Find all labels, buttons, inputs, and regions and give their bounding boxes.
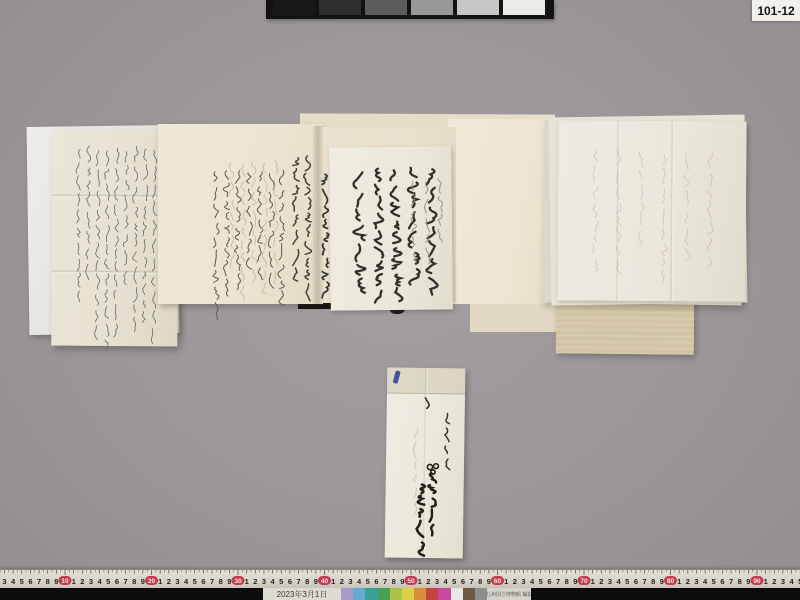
ruler-unit-number: 5	[366, 577, 370, 586]
ruler-unit-number: 3	[175, 577, 179, 586]
ruler-unit-number: 4	[444, 577, 449, 586]
ruler-unit-number: 6	[547, 577, 551, 586]
ruler-unit-number: 1	[158, 577, 162, 586]
measuring-tape: 2345678910123456789201234567893012345678…	[0, 569, 800, 588]
ruler-unit-number: 2	[772, 577, 776, 586]
ruler-unit-number: 5	[279, 577, 283, 586]
ruler-ten-number: 60	[494, 578, 502, 585]
ruler-unit-number: 5	[625, 577, 629, 586]
ruler-unit-number: 4	[271, 577, 276, 586]
ruler-unit-number: 8	[565, 577, 569, 586]
ruler-unit-number: 9	[573, 577, 577, 586]
ruler-unit-number: 2	[426, 577, 430, 586]
ruler-ten-number: 50	[407, 578, 415, 585]
grayscale-patch-5	[503, 0, 545, 15]
ruler-unit-number: 6	[634, 577, 638, 586]
grayscale-patch-2	[365, 0, 407, 15]
ruler-unit-number: 7	[556, 577, 560, 586]
color-patch-1	[353, 588, 365, 600]
calligraphy-sheet-center	[329, 146, 453, 310]
ruler-unit-number: 3	[608, 577, 612, 586]
ruler-unit-number: 6	[28, 577, 32, 586]
ruler-unit-number: 8	[392, 577, 396, 586]
ruler-unit-number: 6	[115, 577, 119, 586]
ruler-unit-number: 7	[642, 577, 646, 586]
ruler-unit-number: 6	[288, 577, 292, 586]
ruler-unit-number: 9	[141, 577, 145, 586]
measuring-tape-scale: 2345678910123456789201234567893012345678…	[0, 570, 800, 589]
ruler-ten-number: 30	[234, 578, 242, 585]
ruler-unit-number: 4	[790, 577, 795, 586]
ruler-unit-number: 5	[193, 577, 197, 586]
ruler-unit-number: 3	[262, 577, 266, 586]
calligraphy-strokes	[329, 146, 453, 310]
ruler-unit-number: 2	[253, 577, 257, 586]
grayscale-patch-4	[457, 0, 499, 15]
ruler-unit-number: 8	[132, 577, 136, 586]
ruler-unit-number: 4	[98, 577, 103, 586]
ruler-ten-number: 20	[148, 578, 156, 585]
ruler-unit-number: 7	[210, 577, 214, 586]
ruler-unit-number: 1	[72, 577, 76, 586]
grayscale-patch-0	[273, 0, 315, 15]
album-gutter-shadow	[312, 126, 324, 304]
ruler-unit-number: 7	[729, 577, 733, 586]
ruler-unit-number: 9	[487, 577, 491, 586]
calligraphy-strokes	[385, 367, 466, 558]
color-calibration-patches	[341, 588, 487, 600]
ruler-unit-number: 6	[201, 577, 205, 586]
ruler-unit-number: 9	[227, 577, 231, 586]
color-patch-11	[475, 588, 487, 600]
ruler-ten-number: 40	[321, 578, 329, 585]
grayscale-calibration-bar	[266, 0, 554, 19]
ruler-ten-number: 90	[753, 578, 761, 585]
ruler-unit-number: 1	[677, 577, 681, 586]
color-patch-0	[341, 588, 353, 600]
ruler-unit-number: 8	[738, 577, 742, 586]
credit-label: 九州国立博物館 撮影	[487, 588, 531, 600]
ruler-unit-number: 3	[348, 577, 352, 586]
color-patch-8	[438, 588, 450, 600]
ruler-unit-number: 6	[461, 577, 465, 586]
color-patch-9	[451, 588, 463, 600]
loose-calligraphy-slip	[385, 367, 466, 558]
calligraphy-strokes	[158, 124, 323, 304]
ruler-unit-number: 7	[123, 577, 127, 586]
ruler-unit-number: 8	[478, 577, 482, 586]
ruler-unit-number: 6	[374, 577, 378, 586]
ruler-unit-number: 2	[340, 577, 344, 586]
ruler-unit-number: 8	[46, 577, 50, 586]
calligraphy-strokes	[557, 120, 746, 301]
black-strip-right	[531, 588, 800, 600]
color-patch-6	[414, 588, 426, 600]
ruler-unit-number: 4	[703, 577, 708, 586]
ruler-unit-number: 4	[11, 577, 16, 586]
ruler-unit-number: 1	[504, 577, 508, 586]
ruler-unit-number: 2	[80, 577, 84, 586]
ruler-unit-number: 3	[2, 577, 6, 586]
ruler-unit-number: 2	[599, 577, 603, 586]
calligraphy-circle-mark	[431, 470, 435, 474]
ruler-unit-number: 8	[651, 577, 655, 586]
ruler-unit-number: 8	[305, 577, 309, 586]
archive-photo-stage: 101-12 234567891012345678920123456789301…	[0, 0, 800, 600]
ruler-unit-number: 1	[591, 577, 595, 586]
ruler-unit-number: 4	[617, 577, 622, 586]
ruler-ten-number: 10	[61, 578, 69, 585]
color-patch-5	[402, 588, 414, 600]
ruler-unit-number: 9	[660, 577, 664, 586]
ruler-unit-number: 5	[539, 577, 543, 586]
color-patch-2	[365, 588, 377, 600]
ruler-unit-number: 8	[219, 577, 223, 586]
ruler-unit-number: 1	[418, 577, 422, 586]
ruler-unit-number: 7	[469, 577, 473, 586]
ruler-unit-number: 3	[435, 577, 439, 586]
bottom-reference-bar: 2023年3月1日 九州国立博物館 撮影	[0, 588, 800, 600]
grayscale-patch-1	[319, 0, 361, 15]
black-strip-left	[0, 588, 263, 600]
ruler-unit-number: 2	[686, 577, 690, 586]
ruler-ten-number: 70	[580, 578, 588, 585]
color-patch-7	[426, 588, 438, 600]
ruler-unit-number: 9	[746, 577, 750, 586]
grayscale-patch-3	[411, 0, 453, 15]
letter-stack-top	[557, 120, 746, 301]
ruler-unit-number: 7	[296, 577, 300, 586]
calligraphy-circle-mark	[434, 464, 439, 469]
ruler-unit-number: 5	[452, 577, 456, 586]
ruler-unit-number: 1	[331, 577, 335, 586]
ruler-unit-number: 4	[530, 577, 535, 586]
ruler-unit-number: 1	[764, 577, 768, 586]
ruler-ten-number: 80	[667, 578, 675, 585]
ruler-unit-number: 3	[521, 577, 525, 586]
ruler-unit-number: 5	[106, 577, 110, 586]
color-patch-3	[378, 588, 390, 600]
ruler-unit-number: 9	[54, 577, 58, 586]
ruler-unit-number: 4	[357, 577, 362, 586]
ruler-unit-number: 9	[400, 577, 404, 586]
album-left-page-letter	[158, 124, 323, 304]
ruler-unit-number: 1	[245, 577, 249, 586]
ruler-unit-number: 7	[37, 577, 41, 586]
ruler-unit-number: 7	[383, 577, 387, 586]
ruler-unit-number: 4	[184, 577, 189, 586]
color-patch-4	[390, 588, 402, 600]
ruler-unit-number: 5	[20, 577, 24, 586]
calligraphy-circle-mark	[427, 464, 432, 469]
color-patch-10	[463, 588, 475, 600]
ruler-unit-number: 3	[694, 577, 698, 586]
catalog-number-label: 101-12	[752, 0, 800, 21]
ruler-unit-number: 2	[513, 577, 517, 586]
ruler-unit-number: 5	[712, 577, 716, 586]
ruler-unit-number: 3	[89, 577, 93, 586]
date-label: 2023年3月1日	[263, 588, 341, 600]
ruler-unit-number: 9	[314, 577, 318, 586]
ruler-unit-number: 3	[781, 577, 785, 586]
ruler-unit-number: 2	[167, 577, 171, 586]
ruler-unit-number: 6	[720, 577, 724, 586]
